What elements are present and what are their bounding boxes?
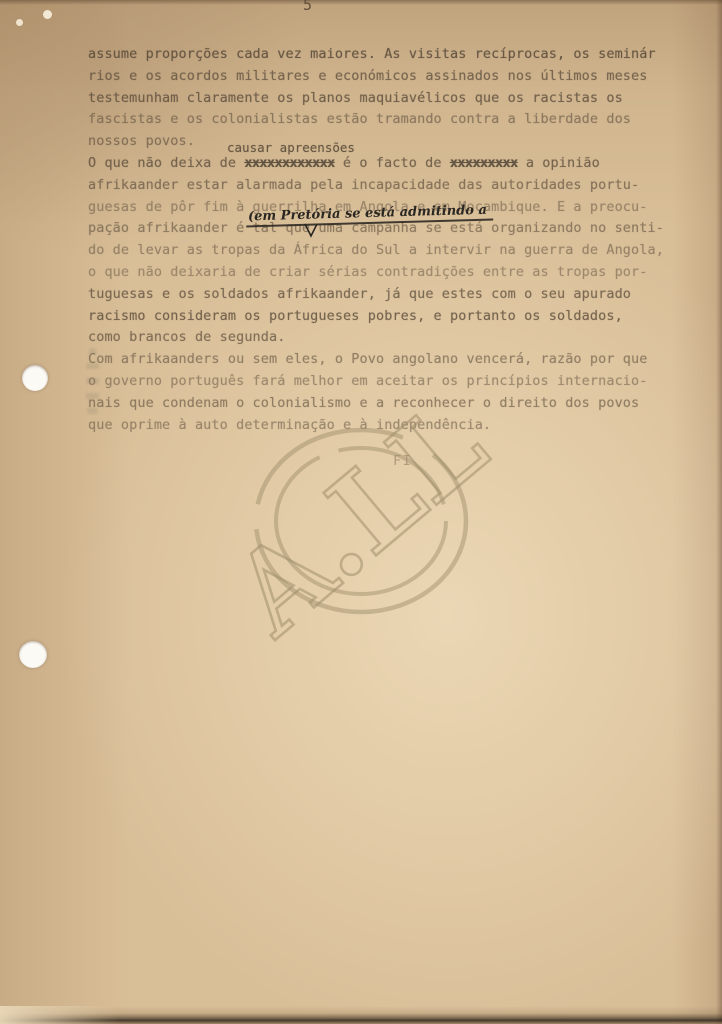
page-top-edge: [0, 0, 722, 5]
typed-text-segment: o que não deixaria de criar sérias contr…: [88, 264, 647, 280]
typed-line: O que não deixa de xxxxxxxxxxxx é o fact…: [88, 153, 688, 175]
page-bottom-left-edge: [0, 1006, 130, 1024]
typed-line: Com afrikaanders ou sem eles, o Povo ang…: [88, 349, 688, 371]
stamp-inner-ring: [276, 448, 446, 594]
typed-line: nais que condenam o colonialismo e a rec…: [88, 393, 688, 415]
paper-damage-speck: [16, 19, 23, 26]
typed-text-segment: assume proporções cada vez maiores. As v…: [88, 46, 656, 62]
typed-text-segment: nossos povos.: [88, 133, 195, 149]
typed-line: afrikaander estar alarmada pela incapaci…: [88, 175, 688, 197]
typed-line: fascistas e os colonialistas estão trama…: [88, 109, 688, 131]
typed-text-segment: o governo português fará melhor em aceit…: [88, 373, 647, 389]
typed-text-segment: nais que condenam o colonialismo e a rec…: [88, 395, 639, 411]
typed-text-segment: do de levar as tropas da África do Sul a…: [88, 242, 664, 258]
typed-line: o governo português fará melhor em aceit…: [88, 371, 688, 393]
typed-text-segment: é o facto de: [335, 155, 450, 171]
typed-line: rios e os acordos militares e económicos…: [88, 66, 688, 88]
typed-line: tuguesas e os soldados afrikaander, já q…: [88, 284, 688, 306]
typed-text-segment: racismo consideram os portugueses pobres…: [88, 308, 623, 324]
scanned-document-page: 5 assume proporções cada vez maiores. As…: [0, 0, 722, 1024]
typed-line: racismo consideram os portugueses pobres…: [88, 306, 688, 328]
typed-text-segment: fascistas e os colonialistas estão trama…: [88, 111, 631, 127]
page-number: 5: [303, 0, 312, 14]
typed-text-segment: O que não deixa de: [88, 155, 244, 171]
typed-text-block: assume proporções cada vez maiores. As v…: [88, 44, 688, 436]
typed-line: nossos povos.: [88, 131, 688, 153]
stamp-outer-ring: [256, 430, 466, 612]
paper-damage-speck: [43, 10, 52, 19]
typed-text-segment: afrikaander estar alarmada pela incapaci…: [88, 177, 639, 193]
insertion-caret-icon: [303, 223, 319, 239]
typed-text-segment: a opinião: [518, 155, 600, 171]
end-mark: FI: [393, 453, 412, 469]
typed-text-segment: Com afrikaanders ou sem eles, o Povo ang…: [88, 351, 647, 367]
typed-line: o que não deixaria de criar sérias contr…: [88, 262, 688, 284]
typed-text-segment: rios e os acordos militares e económicos…: [88, 68, 647, 84]
typed-text-segment: como brancos de segunda.: [88, 329, 285, 345]
typed-text-segment: tuguesas e os soldados afrikaander, já q…: [88, 286, 631, 302]
typed-text-segment: que oprime à auto determinação e à indep…: [88, 417, 491, 433]
typed-text-segment: testemunham claramente os planos maquiav…: [88, 90, 623, 106]
punch-hole-bottom: [19, 641, 47, 668]
struck-out-text: xxxxxxxxx: [450, 155, 518, 171]
typed-line: como brancos de segunda.: [88, 327, 688, 349]
page-right-edge: [716, 0, 722, 1024]
typed-line: testemunham claramente os planos maquiav…: [88, 88, 688, 110]
typed-line: do de levar as tropas da África do Sul a…: [88, 240, 688, 262]
typed-line: assume proporções cada vez maiores. As v…: [88, 44, 688, 66]
typed-line: que oprime à auto determinação e à indep…: [88, 415, 688, 437]
punch-hole-top: [22, 365, 48, 391]
struck-out-text: xxxxxxxxxxxx: [244, 155, 334, 171]
typed-insertion: causar apreensões: [227, 140, 355, 155]
